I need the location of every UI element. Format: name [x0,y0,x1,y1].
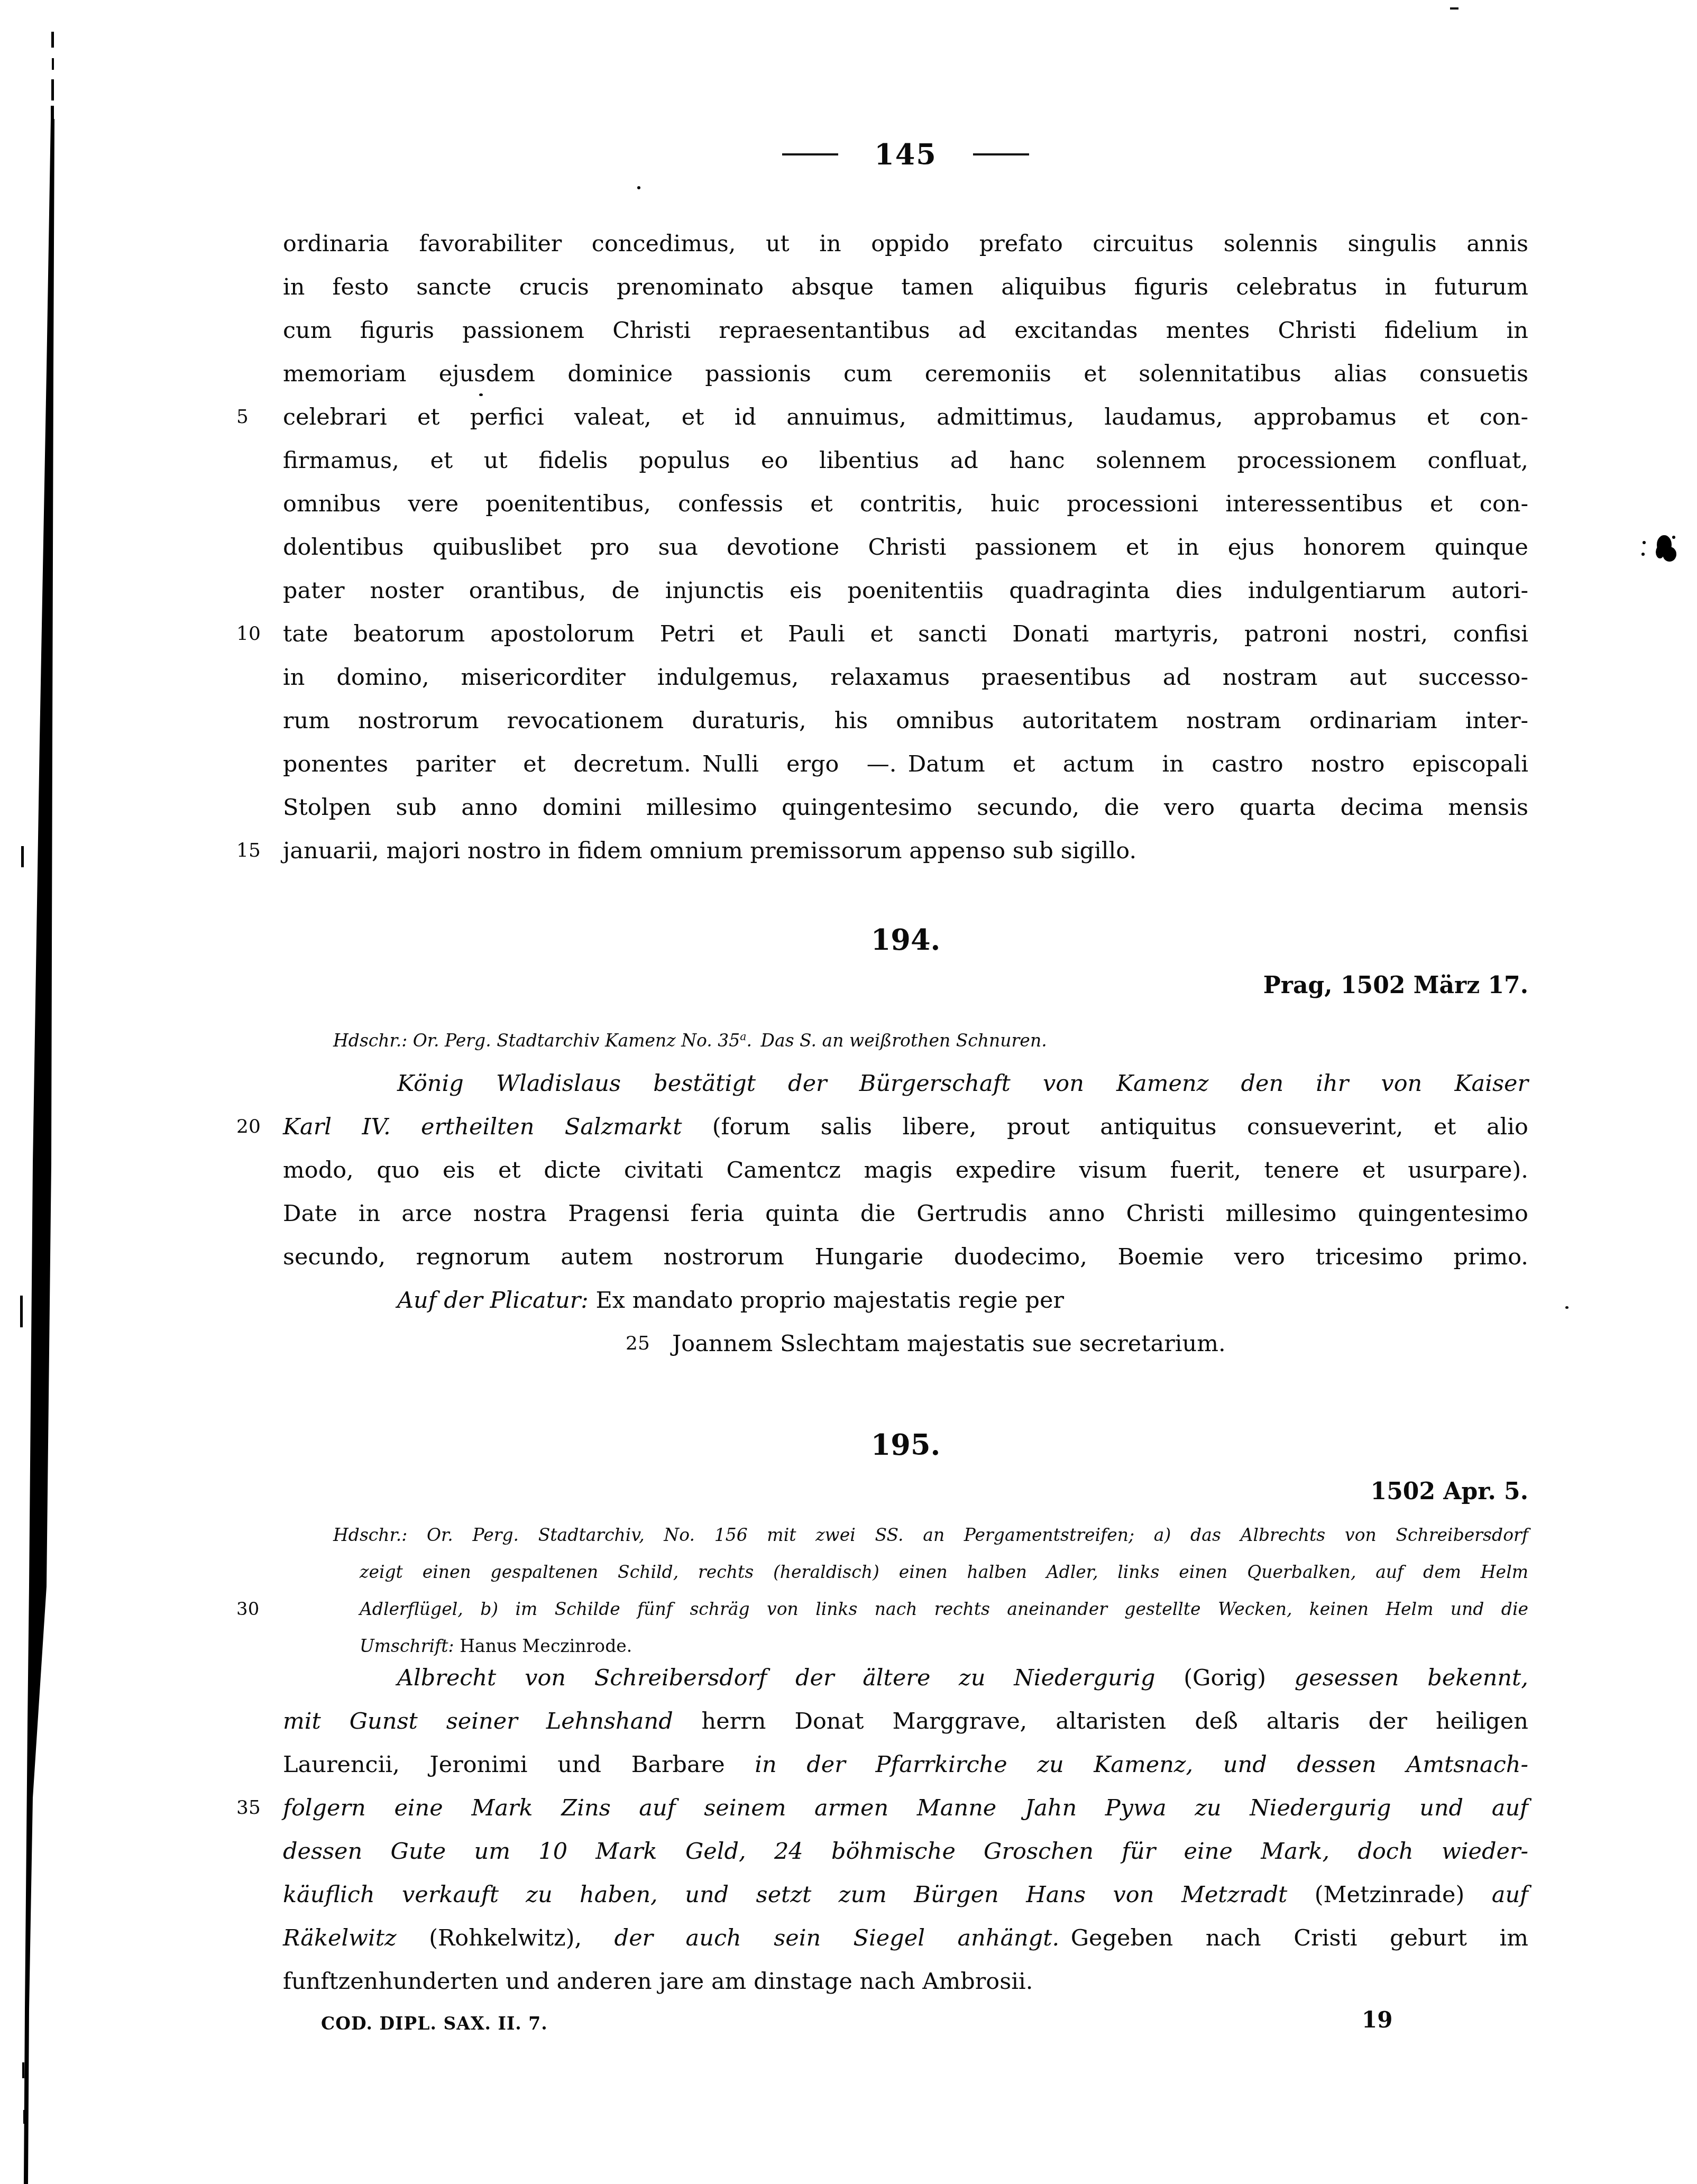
text-run: Adlerflügel, b) im Schilde fünf schräg v… [360,1599,1528,1619]
page-header: 145 [283,133,1528,176]
ink-blot-icon [1637,529,1684,571]
text-run: herrn Donat Marggrave, altaristen deß al… [702,1708,1528,1735]
text-line: Hdschr.: Or. Perg. Stadtarchiv Kamenz No… [283,1018,1528,1059]
text-line: Räkelwitz (Rohkelwitz), der auch sein Si… [283,1916,1528,1960]
text-run: folgern eine Mark Zins auf seinem armen … [283,1795,1528,1821]
text-line: 10tate beatorum apostolorum Petri et Pau… [283,612,1528,656]
text-line: Stolpen sub anno domini millesimo quinge… [283,786,1528,829]
text-run: Hanus Meczinrode. [460,1636,632,1656]
series-signature: COD. DIPL. SAX. II. 7. [321,2013,548,2034]
text-line: pater noster orantibus, de injunctis eis… [283,569,1528,612]
margin-line-number: 25 [626,1322,658,1365]
margin-line-number: 30 [236,1591,269,1628]
text-line: ordinaria favorabiliter concedimus, ut i… [283,222,1528,265]
text-line: modo, quo eis et dicte civitati Camentcz… [283,1149,1528,1192]
text-line: Auf der Plicatur: Ex mandato proprio maj… [283,1279,1528,1322]
document-193-text: ordinaria favorabiliter concedimus, ut i… [283,222,1528,873]
text-run: Auf der Plicatur: [397,1287,595,1314]
text-run: dessen Gute um 10 Mark Geld, 24 böhmisch… [283,1838,1528,1865]
text-line: cum figuris passionem Christi repraesent… [283,309,1528,352]
text-run: König Wladislaus bestätigt der Bürgersch… [397,1070,1528,1097]
text-run: (forum salis libere, prout antiquitus co… [712,1114,1528,1140]
text-run: januarii, majori nostro in fidem omnium … [283,838,1136,864]
text-run: modo, quo eis et dicte civitati Camentcz… [283,1157,1528,1183]
text-line: 30Adlerflügel, b) im Schilde fünf schräg… [283,1591,1528,1628]
text-run: in domino, misericorditer indulgemus, re… [283,664,1528,691]
text-run: (Rohkelwitz), [429,1925,614,1951]
document-194-date: Prag, 1502 März 17. [283,972,1528,999]
text-run: (Metzinrade) [1315,1882,1465,1908]
document-195-text: Albrecht von Schreibersdorf der ältere z… [283,1656,1528,2003]
text-run: Karl IV. ertheilten Salzmarkt [283,1114,712,1140]
margin-line-number: 15 [236,829,269,873]
text-run: gesessen bekennt, [1266,1665,1528,1691]
text-line: funftzenhunderten und anderen jare am di… [283,1960,1528,2003]
text-line: dolentibus quibuslibet pro sua devotione… [283,526,1528,569]
text-line: Hdschr.: Or. Perg. Stadtarchiv, No. 156 … [283,1517,1528,1554]
text-run: ordinaria favorabiliter concedimus, ut i… [283,231,1528,257]
scan-speck [637,186,640,189]
document-194-source: Hdschr.: Or. Perg. Stadtarchiv Kamenz No… [283,1018,1528,1059]
text-run: Stolpen sub anno domini millesimo quinge… [283,794,1528,821]
text-line: käuflich verkauft zu haben, und setzt zu… [283,1873,1528,1916]
header-rule-left [782,153,838,155]
document-194-number: 194. [283,923,1528,957]
margin-line-number: 10 [236,612,269,656]
text-run: (Gorig) [1184,1665,1266,1691]
text-line: in festo sancte crucis prenominato absqu… [283,265,1528,309]
text-run: Laurencii, Jeronimi und Barbare [283,1751,755,1778]
text-line: zeigt einen gespaltenen Schild, rechts (… [283,1554,1528,1591]
text-line: 25Joannem Sslechtam majestatis sue secre… [672,1322,1528,1365]
document-195-date: 1502 Apr. 5. [283,1478,1528,1505]
scan-speck [1565,1306,1568,1309]
text-line: Laurencii, Jeronimi und Barbare in der P… [283,1743,1528,1786]
text-run: auf [1464,1882,1528,1908]
scanned-page: 145 ordinaria favorabiliter concedimus, … [0,0,1697,2184]
text-run: funftzenhunderten und anderen jare am di… [283,1968,1033,1995]
margin-line-number: 5 [236,396,269,439]
text-line: omnibus vere poenitentibus, confessis et… [283,482,1528,526]
text-run: Albrecht von Schreibersdorf der ältere z… [397,1665,1184,1691]
text-run: Joannem Sslechtam majestatis sue secreta… [672,1330,1226,1357]
text-line: in domino, misericorditer indulgemus, re… [283,656,1528,699]
text-run: rum nostrorum revocationem duraturis, hi… [283,708,1528,734]
text-line: Albrecht von Schreibersdorf der ältere z… [283,1656,1528,1700]
text-run: secundo, regnorum autem nostrorum Hungar… [283,1244,1528,1270]
text-run: Hdschr.: Or. Perg. Stadtarchiv, No. 156 … [333,1525,1528,1545]
text-line: Date in arce nostra Pragensi feria quint… [283,1192,1528,1235]
text-line: firmamus, et ut fidelis populus eo liben… [283,439,1528,482]
text-run: Hdschr.: Or. Perg. Stadtarchiv Kamenz No… [333,1030,740,1051]
text-run: a [740,1030,746,1043]
text-run: in festo sancte crucis prenominato absqu… [283,274,1528,300]
text-run: Umschrift: [360,1636,460,1656]
text-line: 15januarii, majori nostro in fidem omniu… [283,829,1528,873]
margin-line-number: 35 [236,1786,269,1830]
text-line: ponentes pariter et decretum. Nulli ergo… [283,742,1528,786]
text-line: rum nostrorum revocationem duraturis, hi… [283,699,1528,742]
text-line: secundo, regnorum autem nostrorum Hungar… [283,1235,1528,1279]
text-run: der auch sein Siegel anhängt. [614,1925,1060,1951]
text-run: mit Gunst seiner Lehnshand [283,1708,702,1735]
header-rule-right [973,153,1029,155]
sheet-number: 19 [1362,2007,1392,2033]
text-run: . Das S. an weißrothen Schnuren. [747,1030,1047,1051]
document-195-number: 195. [283,1428,1528,1462]
text-run: memoriam ejusdem dominice passionis cum … [283,361,1528,387]
text-run: ponentes pariter et decretum. Nulli ergo… [283,751,1528,777]
text-run: Ex mandato proprio majestatis regie per [595,1287,1064,1314]
page-number: 145 [874,137,937,171]
text-line: 20Karl IV. ertheilten Salzmarkt (forum s… [283,1105,1528,1149]
text-run: pater noster orantibus, de injunctis eis… [283,577,1528,604]
text-run: celebrari et perfici valeat, et id annui… [283,404,1528,430]
text-run: dolentibus quibuslibet pro sua devotione… [283,534,1528,561]
page-footer: COD. DIPL. SAX. II. 7. 19 [283,2007,1528,2044]
text-run: zeigt einen gespaltenen Schild, rechts (… [360,1562,1528,1582]
text-line: dessen Gute um 10 Mark Geld, 24 böhmisch… [283,1830,1528,1873]
scan-speck [1450,7,1458,10]
margin-line-number: 20 [236,1105,269,1149]
text-run: Date in arce nostra Pragensi feria quint… [283,1200,1528,1227]
text-run: tate beatorum apostolorum Petri et Pauli… [283,621,1528,647]
text-line: 5celebrari et perfici valeat, et id annu… [283,396,1528,439]
text-run: cum figuris passionem Christi repraesent… [283,317,1528,344]
document-194-text: König Wladislaus bestätigt der Bürgersch… [283,1062,1528,1365]
text-run: käuflich verkauft zu haben, und setzt zu… [283,1882,1315,1908]
document-195-source: Hdschr.: Or. Perg. Stadtarchiv, No. 156 … [283,1517,1528,1665]
text-run: omnibus vere poenitentibus, confessis et… [283,491,1528,517]
text-run: in der Pfarrkirche zu Kamenz, und dessen… [755,1751,1528,1778]
text-run: firmamus, et ut fidelis populus eo liben… [283,447,1528,474]
text-run: Gegeben nach Cristi geburt im [1059,1925,1528,1951]
text-line: König Wladislaus bestätigt der Bürgersch… [283,1062,1528,1105]
text-line: mit Gunst seiner Lehnshand herrn Donat M… [283,1700,1528,1743]
text-line: memoriam ejusdem dominice passionis cum … [283,352,1528,396]
text-line: 35folgern eine Mark Zins auf seinem arme… [283,1786,1528,1830]
text-run: Räkelwitz [283,1925,429,1951]
